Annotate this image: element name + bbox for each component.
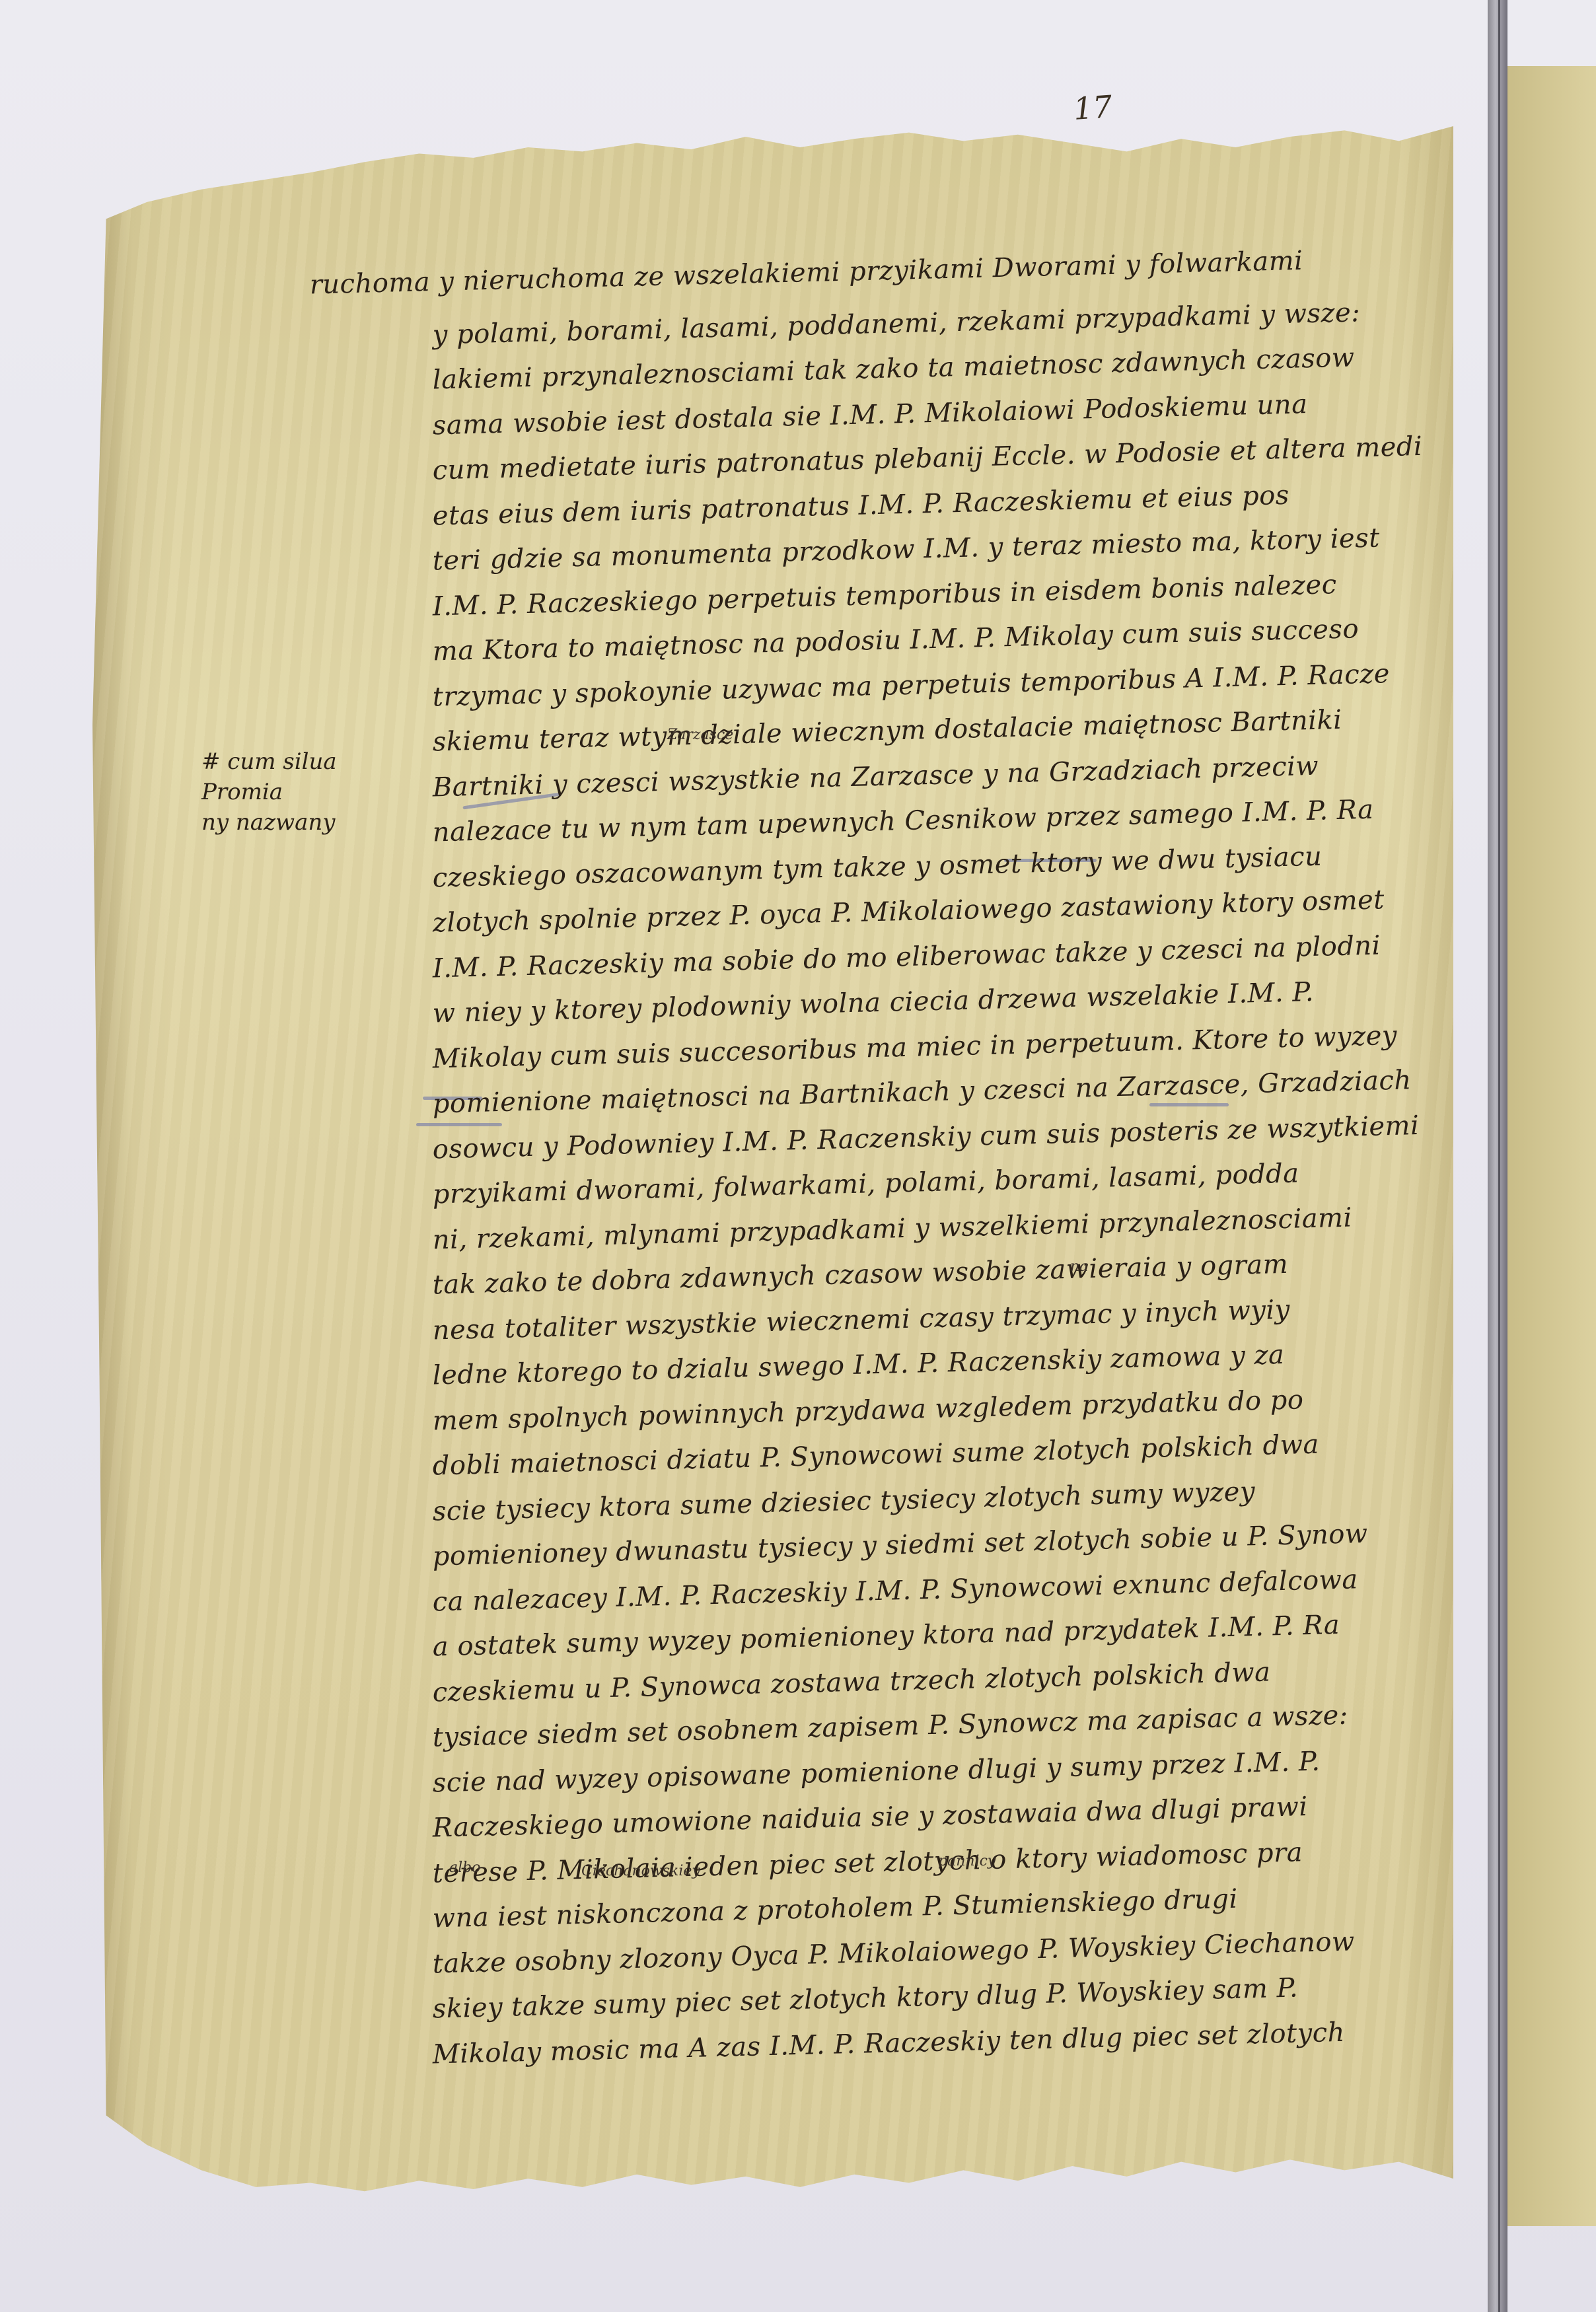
book-binding	[1488, 0, 1507, 2312]
interlinear-note: Ciechanowskiey	[581, 1863, 700, 1879]
interlinear-note: na	[1070, 1258, 1088, 1275]
interlinear-note: Zarzasce	[667, 727, 733, 743]
binding-gutter-line	[1498, 0, 1500, 2312]
facing-page-edge	[1507, 66, 1596, 2226]
manuscript-text: ruchoma y nieruchoma ze wszelakiemi przy…	[310, 277, 1473, 2087]
interlinear-note: albo	[449, 1860, 480, 1876]
interlinear-note: pannicy	[938, 1853, 996, 1869]
folio-mark: 17	[1072, 89, 1113, 127]
